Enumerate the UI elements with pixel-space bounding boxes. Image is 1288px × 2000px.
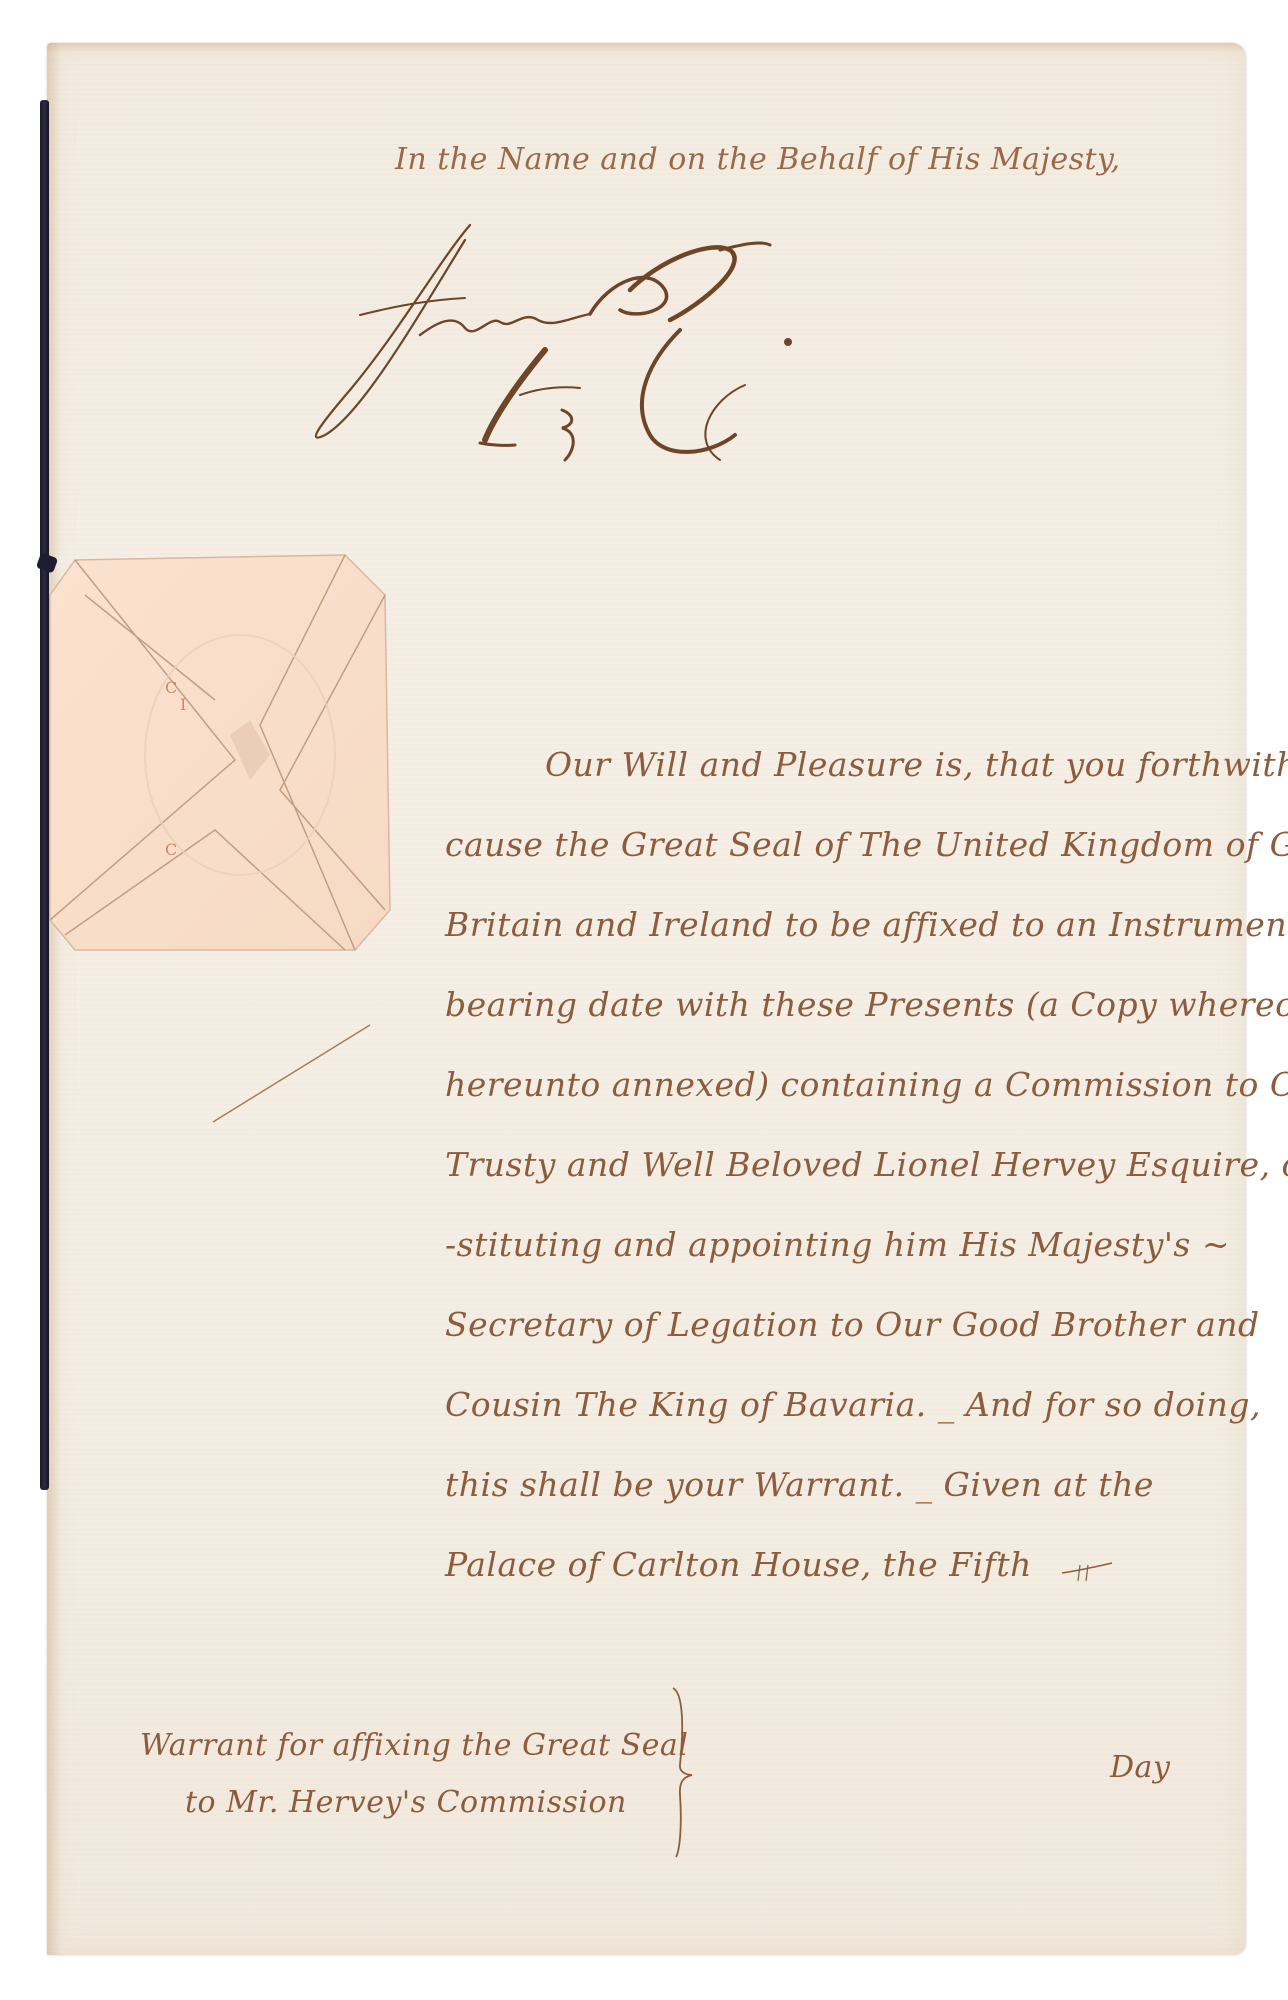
body-line-2: cause the Great Seal of The United Kingd… [445, 825, 1288, 864]
body-line-9: Cousin The King of Bavaria. _ And for so… [445, 1385, 1261, 1424]
body-line-10: this shall be your Warrant. _ Given at t… [445, 1465, 1154, 1504]
body-line-1: Our Will and Pleasure is, that you forth… [545, 745, 1288, 784]
body-line-7: -stituting and appointing him His Majest… [445, 1225, 1230, 1264]
heading-line: In the Name and on the Behalf of His Maj… [395, 142, 1121, 177]
folded-paper-seal: C I C [45, 525, 430, 960]
body-line-4: bearing date with these Presents (a Copy… [445, 985, 1288, 1024]
page-top-edge [47, 43, 1246, 53]
curly-brace [668, 1685, 698, 1860]
page-left-edge [47, 43, 61, 1955]
diagonal-ink-stroke [210, 1020, 380, 1130]
day-label: Day [1110, 1750, 1170, 1785]
body-line-8: Secretary of Legation to Our Good Brothe… [445, 1305, 1260, 1344]
body-line-11: Palace of Carlton House, the Fifth [445, 1545, 1032, 1584]
royal-signature [290, 210, 850, 470]
body-line-6: Trusty and Well Beloved Lionel Hervey Es… [445, 1145, 1288, 1184]
line-filler-mark [1060, 1555, 1115, 1585]
svg-text:I: I [180, 695, 186, 714]
body-line-3: Britain and Ireland to be affixed to an … [445, 905, 1288, 944]
endorsement-line-2: to Mr. Hervey's Commission [185, 1785, 627, 1820]
body-line-5: hereunto annexed) containing a Commissio… [445, 1065, 1288, 1104]
endorsement-line-1: Warrant for affixing the Great Seal [140, 1728, 688, 1763]
svg-text:C: C [165, 678, 177, 697]
